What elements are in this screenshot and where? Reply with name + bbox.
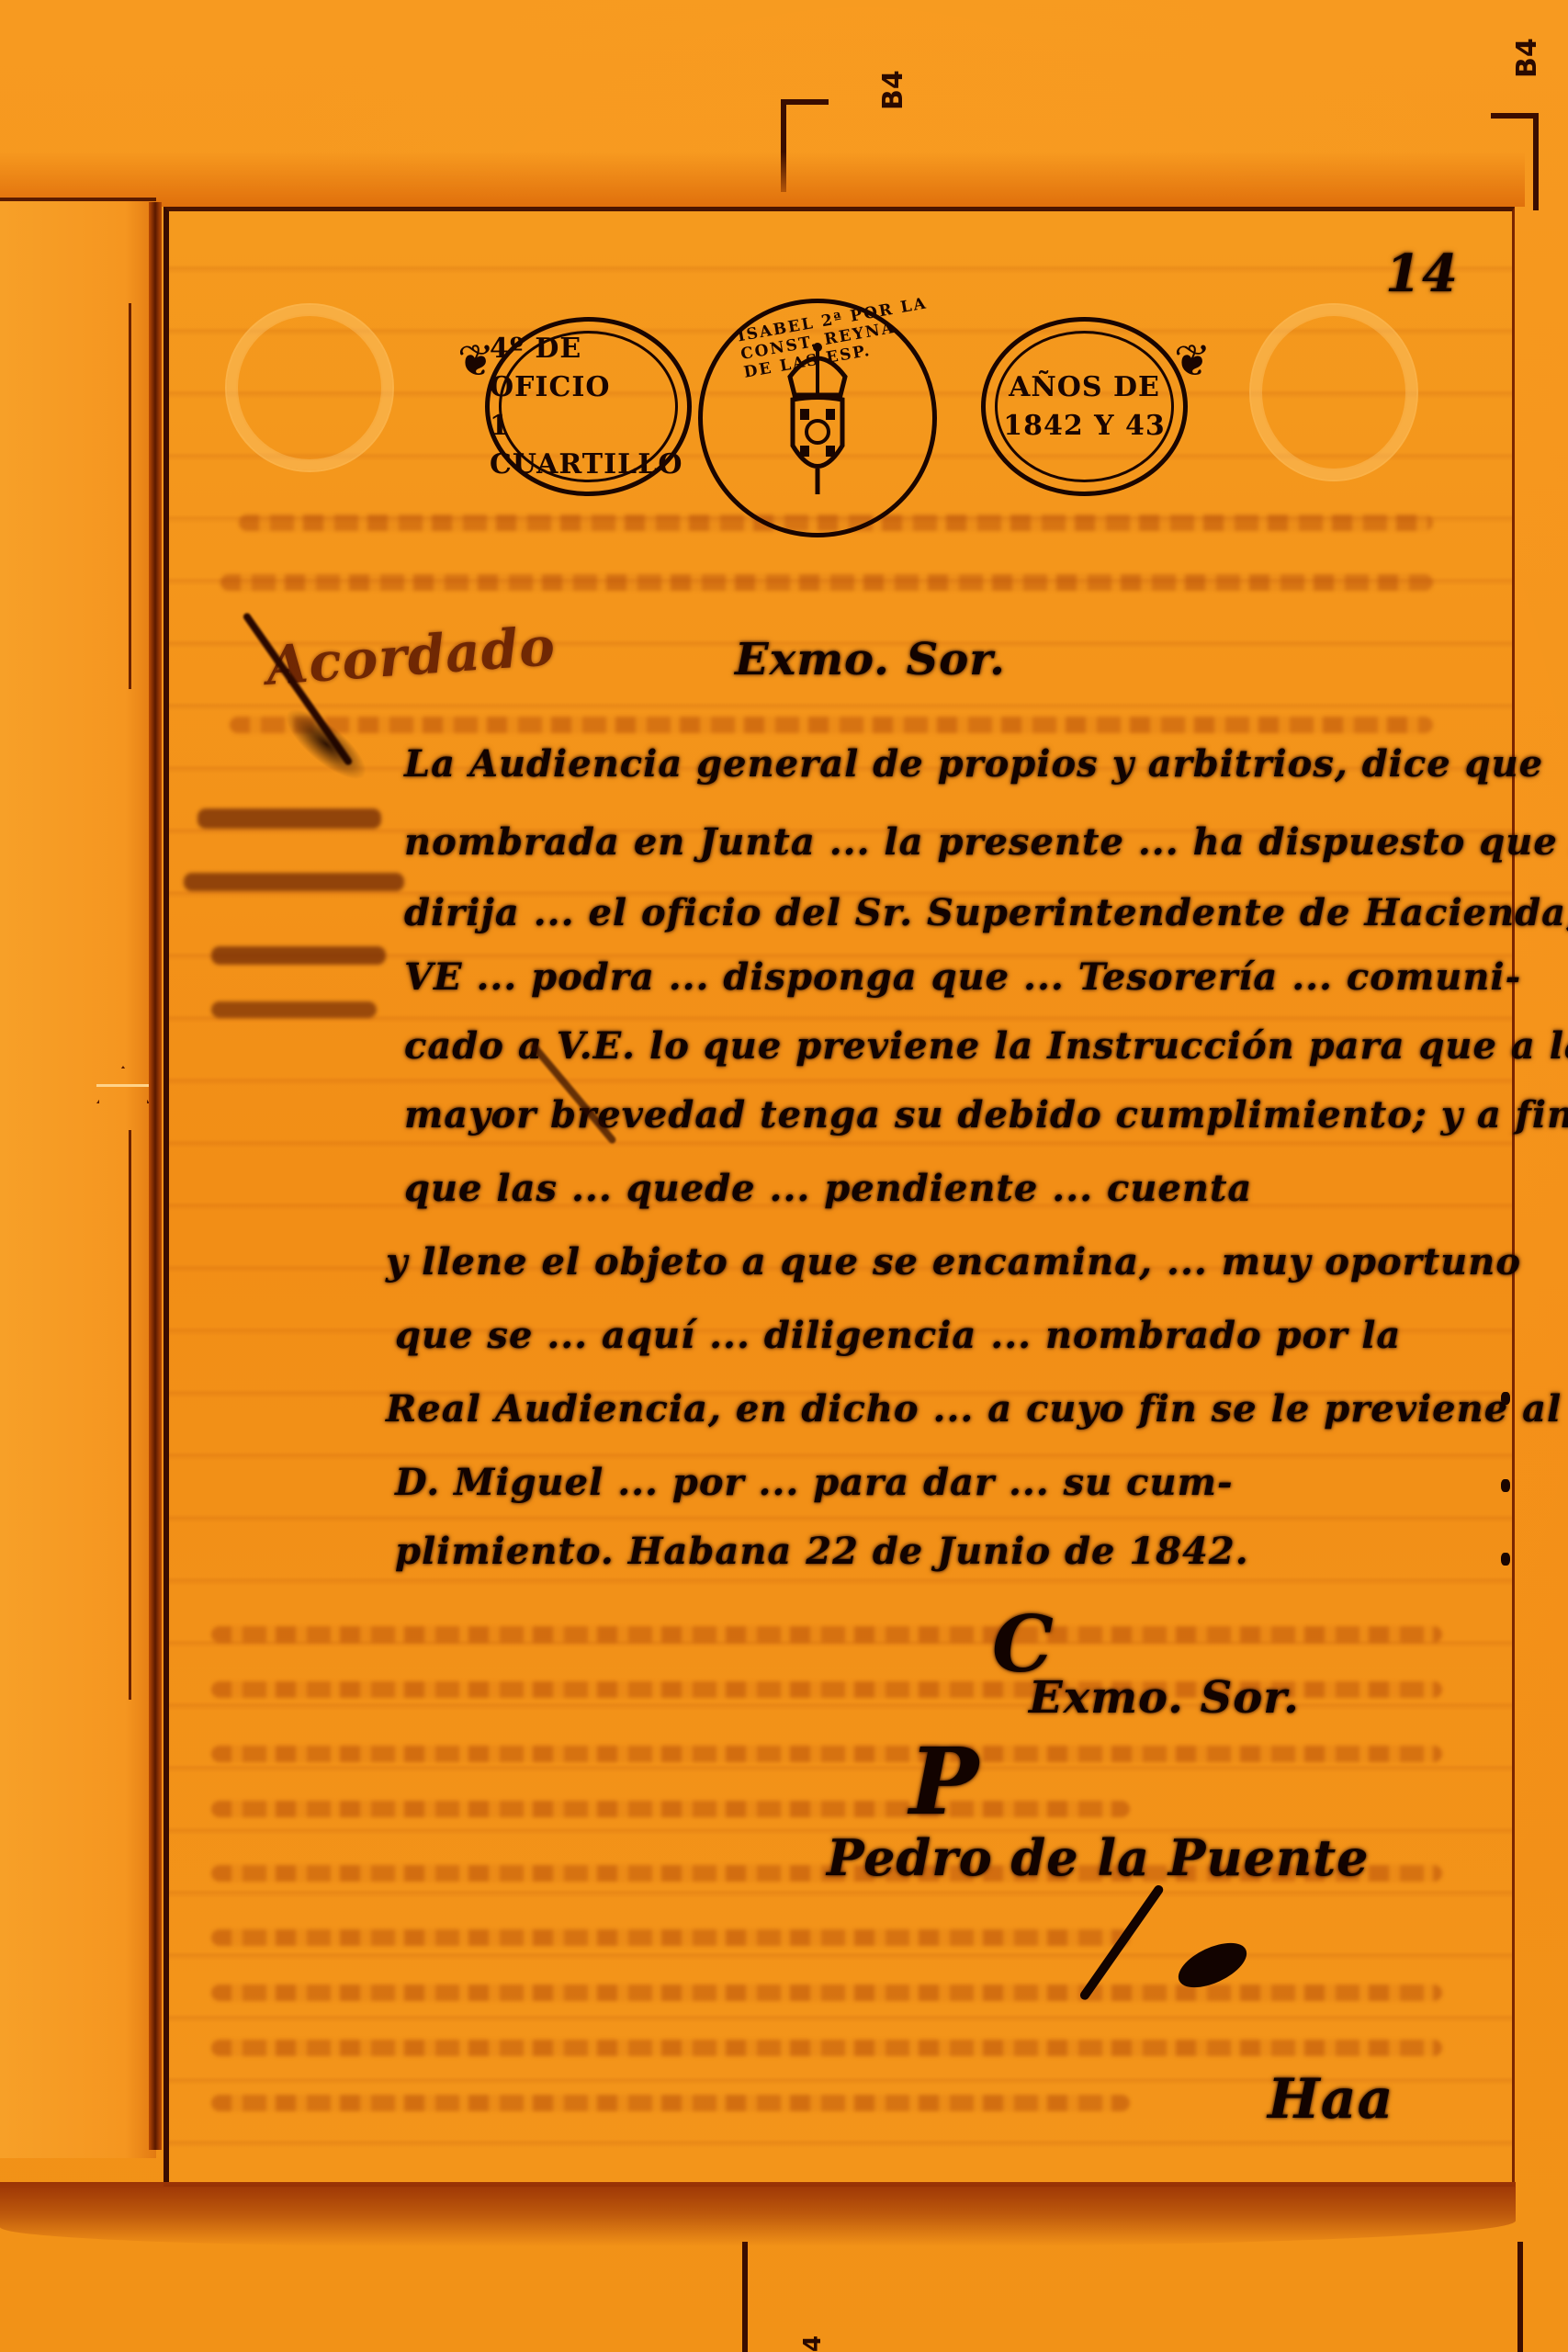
crop-mark-bottom-left — [742, 2242, 788, 2352]
crop-label-top-right: B4 — [1511, 38, 1543, 78]
stamp-right-line1: AÑOS DE — [1009, 368, 1160, 407]
body-line: y llene el objeto a que se encamina, ...… — [386, 1240, 1521, 1283]
crop-label-top-left: B4 — [877, 70, 909, 110]
body-line: La Audiencia general de propios y arbitr… — [404, 742, 1543, 786]
body-line: que se ... aquí ... diligencia ... nombr… — [395, 1314, 1401, 1357]
binding-stitch-icon — [96, 1066, 152, 1112]
page-bottom-shadow — [0, 2182, 1516, 2246]
stamp-right-line2: 1842 Y 43 — [1003, 407, 1166, 446]
scroll-ornament-icon: ❦ — [1174, 335, 1211, 387]
stamp-left-line2: 1 CUARTILLO — [490, 407, 687, 484]
stamp-left-line1: 4º DE OFICIO — [490, 330, 687, 407]
date-line: plimiento. Habana 22 de Junio de 1842. — [395, 1530, 1249, 1573]
stamp-right-oval: AÑOS DE 1842 Y 43 — [981, 317, 1188, 496]
stamp-center-medallion: ISABEL 2ª POR LA CONST. REYNA DE LAS ESP… — [698, 299, 937, 537]
folio-number: 14 — [1385, 243, 1459, 304]
previous-page-edge — [0, 198, 156, 2158]
body-line: Real Audiencia, en dicho ... a cuyo fin … — [386, 1387, 1568, 1430]
signature-initial-icon: P — [909, 1727, 979, 1836]
binding-crease — [129, 1130, 131, 1700]
salutation: Exmo. Sor. — [735, 634, 1006, 685]
gutter-shadow — [149, 202, 162, 2150]
binding-crease — [129, 303, 131, 689]
body-line: VE ... podra ... disponga que ... Tesore… — [404, 955, 1521, 999]
body-line: D. Miguel ... por ... para dar ... su cu… — [395, 1461, 1234, 1504]
signature-rubric-icon — [1139, 1883, 1277, 2003]
body-line: dirija ... el oficio del Sr. Superintend… — [404, 891, 1568, 934]
page-top-shadow — [0, 152, 1525, 207]
crop-label-bottom-left: 4 — [799, 2335, 827, 2352]
embossed-seal-right-icon — [1249, 303, 1418, 481]
body-line: nombrada en Junta ... la presente ... ha… — [404, 820, 1568, 864]
body-line: que las ... quede ... pendiente ... cuen… — [404, 1167, 1252, 1210]
crop-mark-bottom-right — [1481, 2242, 1523, 2352]
body-line: cado a V.E. lo que previene la Instrucci… — [404, 1024, 1568, 1068]
stamp-left-oval: 4º DE OFICIO 1 CUARTILLO — [485, 317, 692, 496]
closing: Exmo. Sor. — [1029, 1672, 1300, 1724]
embossed-seal-left-icon — [225, 303, 394, 472]
bottom-note: Haa — [1268, 2067, 1393, 2131]
signature: Pedro de la Puente — [827, 1828, 1370, 1887]
revenue-stamp: ❦ 4º DE OFICIO 1 CUARTILLO ISABEL 2ª POR… — [457, 299, 1229, 519]
